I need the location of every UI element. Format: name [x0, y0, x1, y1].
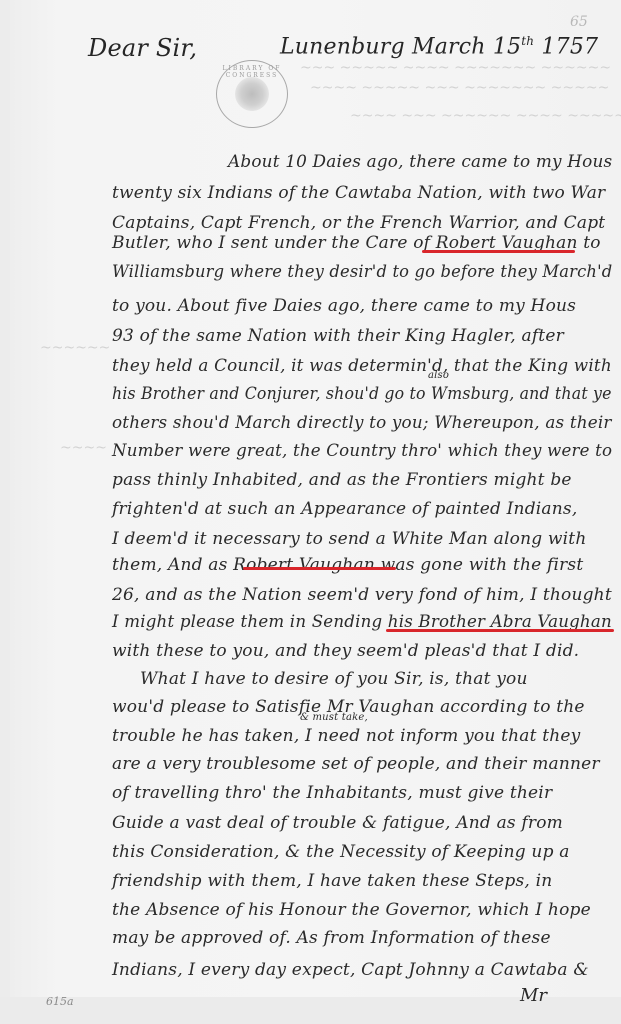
catchword: Mr [520, 985, 547, 1006]
letter-line: About 10 Daies ago, there came to my Hou… [228, 152, 612, 172]
letter-line: may be approved of. As from Information … [112, 928, 551, 948]
library-stamp: LIBRARY OF CONGRESS [216, 60, 288, 128]
letter-line: pass thinly Inhabited, and as the Fronti… [112, 470, 572, 490]
folio-number: 615a [46, 995, 74, 1008]
dateline: Lunenburg March 15th 1757 [280, 34, 598, 59]
eagle-seal-icon [235, 77, 269, 111]
letter-line: others shou'd March directly to you; Whe… [112, 413, 612, 433]
letter-line: are a very troublesome set of people, an… [112, 754, 600, 774]
letter-line: 93 of the same Nation with their King Ha… [112, 326, 564, 346]
letter-line: Guide a vast deal of trouble & fatigue, … [112, 813, 563, 833]
name-underline-abra-vaughan [386, 629, 614, 632]
date-year: 1757 [541, 34, 598, 59]
date-day-suffix: th [521, 34, 534, 48]
letter-line: Captains, Capt French, or the French War… [112, 213, 605, 233]
letter-line: to you. About five Daies ago, there came… [112, 296, 576, 316]
letter-line: frighten'd at such an Appearance of pain… [112, 499, 577, 519]
letter-line: the Absence of his Honour the Governor, … [112, 900, 591, 920]
letter-line: of travelling thro' the Inhabitants, mus… [112, 783, 552, 803]
name-underline-robert-vaughan [243, 567, 396, 570]
letter-line: friendship with them, I have taken these… [112, 871, 552, 891]
date-day: 15 [493, 34, 521, 59]
bleed-through-text: ~~~~ [60, 440, 107, 456]
name-underline-robert-vaughan [422, 250, 575, 253]
bleed-through-text: ~~~~~~ [40, 340, 110, 356]
interlinear-insertion: & must take, [300, 712, 368, 723]
letter-line: his Brother and Conjurer, shou'd go to W… [112, 384, 612, 404]
letter-line: Number were great, the Country thro' whi… [112, 441, 612, 461]
letter-line: Williamsburg where they desir'd to go be… [112, 262, 612, 282]
letter-line: twenty six Indians of the Cawtaba Nation… [112, 183, 605, 203]
letter-line: Indians, I every day expect, Capt Johnny… [112, 960, 589, 980]
date-place: Lunenburg [280, 34, 405, 59]
stamp-label: LIBRARY OF CONGRESS [217, 65, 287, 79]
letter-line: them, And as Robert Vaughan was gone wit… [112, 555, 583, 575]
letter-line: I deem'd it necessary to send a White Ma… [112, 529, 586, 549]
letter-line: 26, and as the Nation seem'd very fond o… [112, 585, 612, 605]
letter-line: they held a Council, it was determin'd, … [112, 356, 612, 376]
bleed-through-text: ~~~~ ~~~~~ ~~~ ~~~~~~~ ~~~~~ [310, 80, 609, 96]
bleed-through-text: ~~~ ~~~~~ ~~~~ ~~~~~~~ ~~~~~~ [300, 60, 611, 76]
date-month: March [412, 34, 486, 59]
letter-line: with these to you, and they seem'd pleas… [112, 641, 579, 661]
letter-line: this Consideration, & the Necessity of K… [112, 842, 570, 862]
interlinear-insertion: also [428, 370, 449, 381]
salutation: Dear Sir, [88, 34, 197, 62]
bleed-through-text: ~~~~ ~~~ ~~~~~~ ~~~~ ~~~~~ ~~~ [350, 108, 621, 124]
corner-folio-mark: 65 [570, 14, 588, 30]
letter-line: What I have to desire of you Sir, is, th… [140, 669, 528, 689]
letter-line: trouble he has taken, I need not inform … [112, 726, 580, 746]
